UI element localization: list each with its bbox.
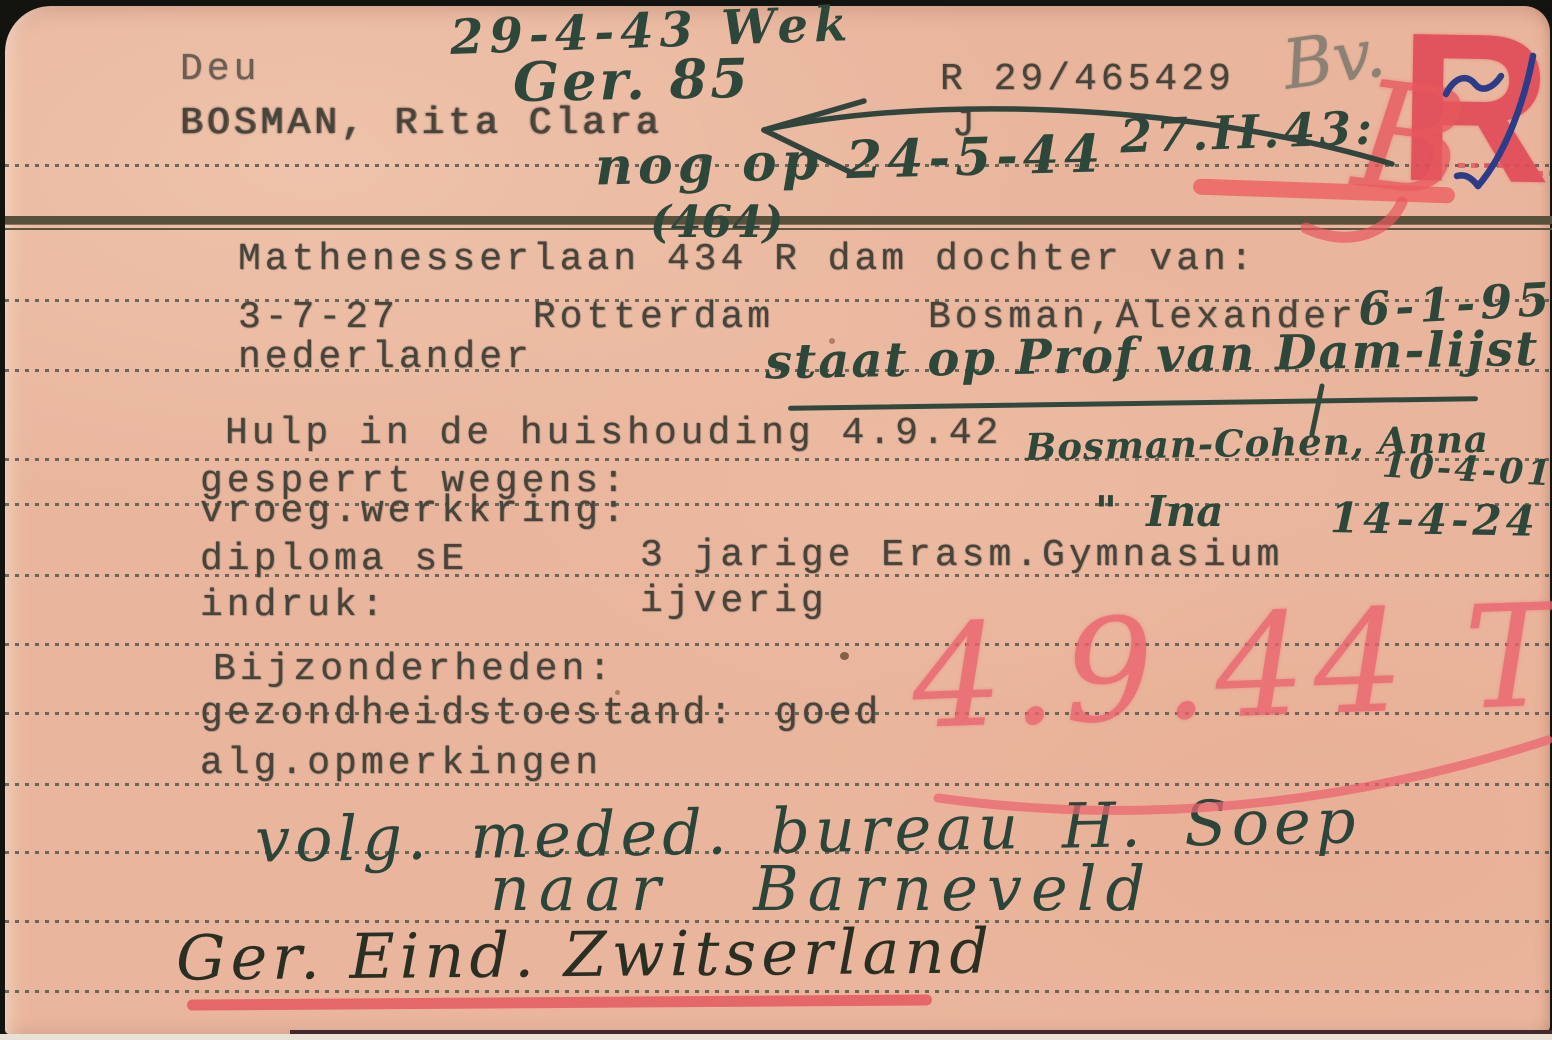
bijzonderheden-label: Bijzonderheden:: [213, 650, 615, 690]
hw-ina-birthdate: 14-4-24: [1330, 496, 1540, 544]
vroeg-label: vroeg.werkkring:: [200, 492, 629, 532]
birth-line: 3-7-27 Rotterdam: [238, 298, 774, 338]
health-label: gezondheidstoestand:: [200, 694, 736, 734]
scan-edge-strip: [0, 1034, 1552, 1040]
health-value: goed: [775, 694, 882, 734]
hw-naar-barneveld: naar Barneveld: [490, 856, 1154, 921]
occupation-line: Hulp in de huishouding 4.9.42: [225, 414, 1002, 454]
hw-mother-birthdate: 10-4-01: [1381, 448, 1552, 494]
hw-ger85: Ger. 85: [513, 50, 752, 111]
hw-arrow-date: 27.II.43:: [1119, 104, 1377, 161]
paper-stain: [840, 652, 849, 660]
diploma-value: 3 jarige Erasm.Gymnasium: [640, 536, 1283, 576]
typed-country: Deu: [180, 50, 260, 90]
daughter-of-label: dochter van:: [935, 240, 1257, 280]
hw-nog-op: nog op 24-5-44: [594, 127, 1105, 195]
red-dash-mark: [1510, 171, 1550, 176]
hw-ina: " Ina: [1095, 490, 1224, 534]
remarks-label: alg.opmerkingen: [200, 744, 602, 784]
hw-dam-list: staat op Prof van Dam-lijst II: [765, 323, 1552, 388]
diploma-label: diploma sE: [200, 540, 468, 580]
registration-number: R 29/465429: [940, 60, 1235, 100]
red-dash-mark: [1458, 163, 1514, 168]
hw-zwitserland: Ger. Eind. Zwitserland: [176, 918, 995, 990]
hw-red-transport-date: 4.9.44 Ther: [910, 576, 1552, 750]
indruk-label: indruk:: [200, 586, 388, 626]
hw-464: (464): [650, 200, 783, 246]
scanned-card-scene: Deu BOSMAN, Rita Clara R 29/465429 J Mat…: [0, 0, 1552, 1040]
address-line: Mathenesserlaan 434 R dam: [238, 240, 908, 280]
nationality: nederlander: [238, 338, 533, 378]
indruk-value: ijverig: [640, 582, 828, 622]
